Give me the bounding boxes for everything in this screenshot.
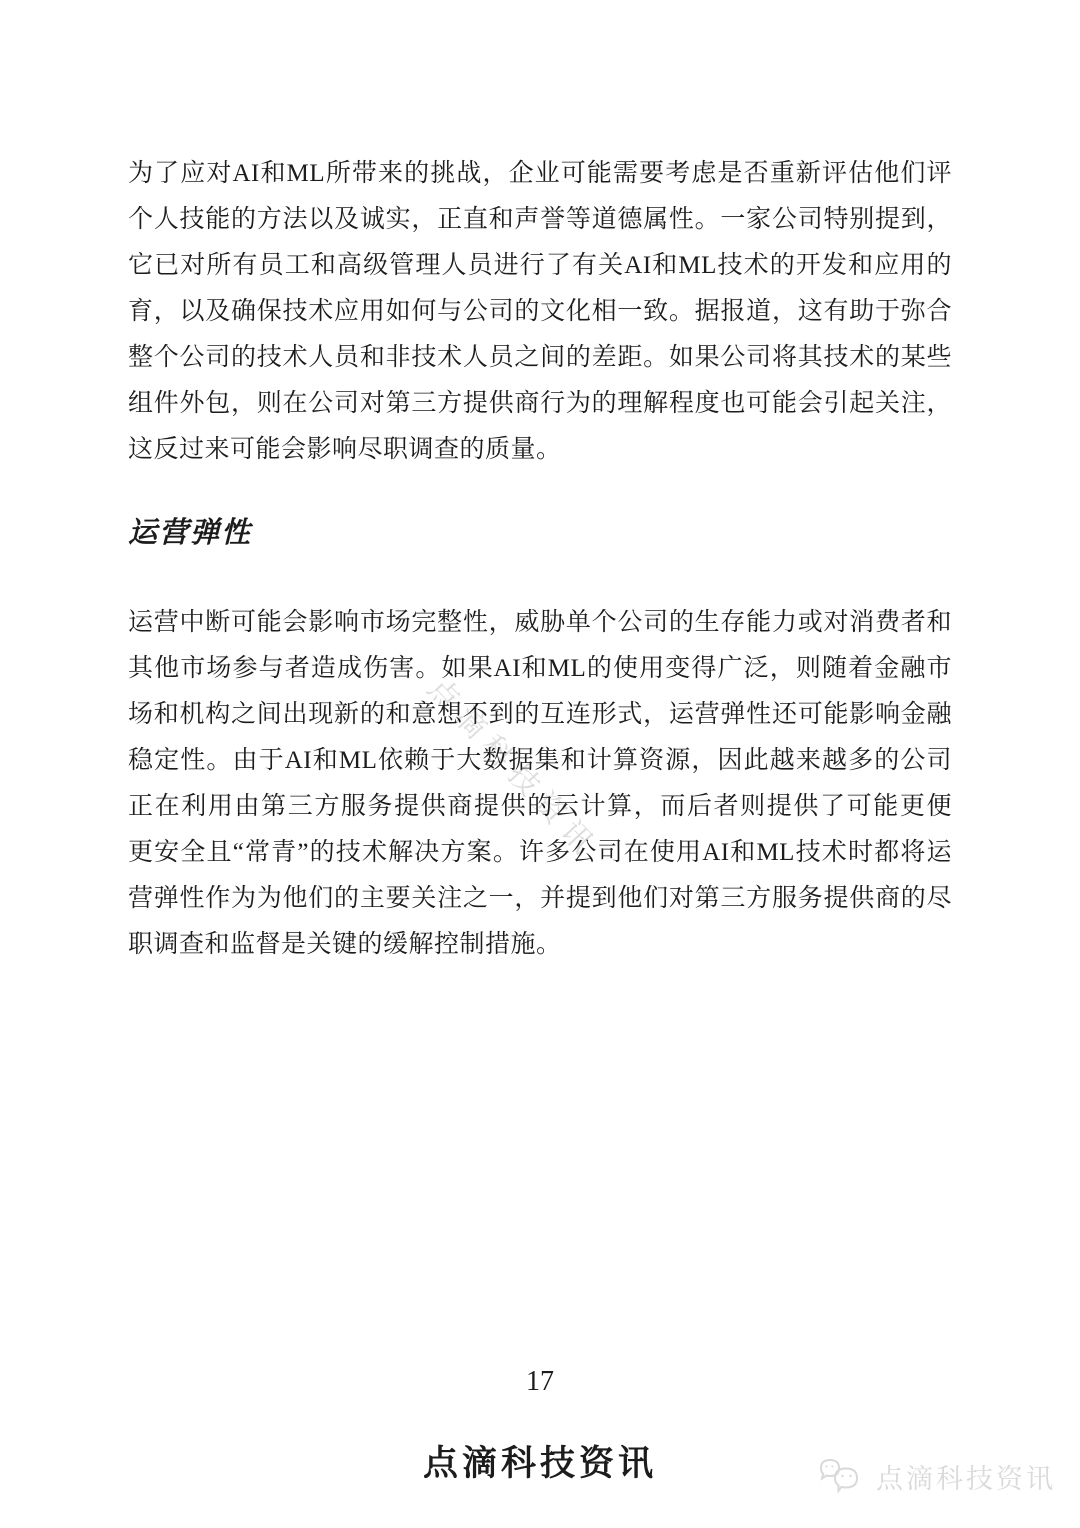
paragraph-line: 更安全且“常青”的技术解决方案。许多公司在使用AI和ML技术时都将运 — [128, 830, 952, 876]
paragraph-line: 正在利用由第三方服务提供商提供的云计算，而后者则提供了可能更便宜， — [128, 784, 952, 830]
paragraph-line: 个人技能的方法以及诚实，正直和声誉等道德属性。一家公司特别提到， — [128, 197, 952, 243]
paragraph-line: 职调查和监督是关键的缓解控制措施。 — [128, 922, 952, 968]
text-column: 为了应对AI和ML所带来的挑战，企业可能需要考虑是否重新评估他们评估 个人技能的… — [128, 0, 952, 968]
page-number: 17 — [0, 1366, 1080, 1398]
corner-watermark: 点滴科技资讯 — [817, 1456, 1056, 1496]
paragraph-line: 稳定性。由于AI和ML依赖于大数据集和计算资源，因此越来越多的公司 — [128, 738, 952, 784]
paragraph-line: 整个公司的技术人员和非技术人员之间的差距。如果公司将其技术的某些 — [128, 335, 952, 381]
paragraph-line: 这反过来可能会影响尽职调查的质量。 — [128, 427, 952, 473]
corner-watermark-label: 点滴科技资讯 — [876, 1457, 1056, 1496]
wechat-chat-bubbles-icon — [817, 1456, 869, 1496]
document-page: 点滴科技资讯 为了应对AI和ML所带来的挑战，企业可能需要考虑是否重新评估他们评… — [0, 0, 1080, 1528]
paragraph-line: 营弹性作为为他们的主要关注之一，并提到他们对第三方服务提供商的尽 — [128, 876, 952, 922]
paragraph-1: 为了应对AI和ML所带来的挑战，企业可能需要考虑是否重新评估他们评估 个人技能的… — [128, 151, 952, 473]
paragraph-line: 组件外包，则在公司对第三方提供商行为的理解程度也可能会引起关注， — [128, 381, 952, 427]
paragraph-line: 其他市场参与者造成伤害。如果AI和ML的使用变得广泛，则随着金融市 — [128, 646, 952, 692]
paragraph-2: 运营中断可能会影响市场完整性，威胁单个公司的生存能力或对消费者和 其他市场参与者… — [128, 600, 952, 968]
paragraph-line: 为了应对AI和ML所带来的挑战，企业可能需要考虑是否重新评估他们评估 — [128, 151, 952, 197]
paragraph-line: 场和机构之间出现新的和意想不到的互连形式，运营弹性还可能影响金融 — [128, 692, 952, 738]
paragraph-line: 运营中断可能会影响市场完整性，威胁单个公司的生存能力或对消费者和 — [128, 600, 952, 646]
paragraph-line: 育，以及确保技术应用如何与公司的文化相一致。据报道，这有助于弥合 — [128, 289, 952, 335]
paragraph-line: 它已对所有员工和高级管理人员进行了有关AI和ML技术的开发和应用的教 — [128, 243, 952, 289]
section-heading: 运营弹性 — [128, 513, 952, 553]
